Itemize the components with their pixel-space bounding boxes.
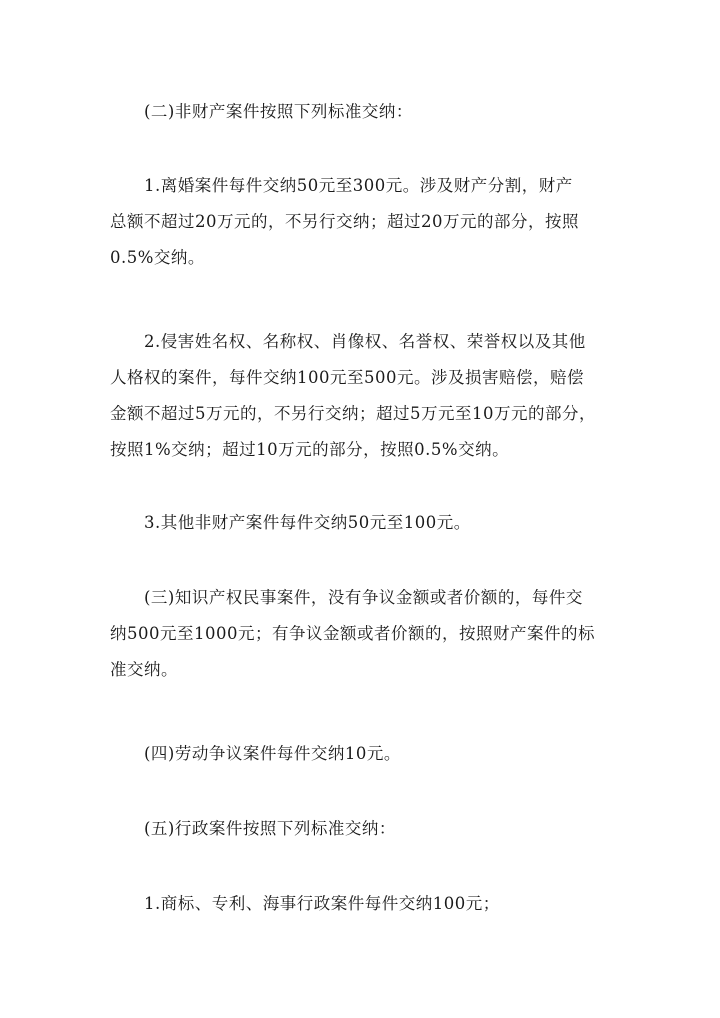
text-line: 3.其他非财产案件每件交纳50元至100元。 <box>110 505 610 541</box>
text-line: (二)非财产案件按照下列标准交纳： <box>110 94 610 130</box>
text-line: 金额不超过5万元的，不另行交纳；超过5万元至10万元的部分， <box>110 396 610 432</box>
text-line: 人格权的案件，每件交纳100元至500元。涉及损害赔偿，赔偿 <box>110 360 610 396</box>
item-2-3: 3.其他非财产案件每件交纳50元至100元。 <box>110 505 610 541</box>
text-line: 1.离婚案件每件交纳50元至300元。涉及财产分割，财产 <box>110 168 610 204</box>
text-line: 按照1%交纳；超过10万元的部分，按照0.5%交纳。 <box>110 432 610 468</box>
section-4: (四)劳动争议案件每件交纳10元。 <box>110 736 610 772</box>
text-line: 2.侵害姓名权、名称权、肖像权、名誉权、荣誉权以及其他 <box>110 324 610 360</box>
item-2-1: 1.离婚案件每件交纳50元至300元。涉及财产分割，财产 总额不超过20万元的，… <box>110 168 610 276</box>
document-page: (二)非财产案件按照下列标准交纳： 1.离婚案件每件交纳50元至300元。涉及财… <box>0 0 720 1018</box>
text-line: (四)劳动争议案件每件交纳10元。 <box>110 736 610 772</box>
text-line: 1.商标、专利、海事行政案件每件交纳100元； <box>110 886 610 922</box>
item-2-2: 2.侵害姓名权、名称权、肖像权、名誉权、荣誉权以及其他 人格权的案件，每件交纳1… <box>110 324 610 468</box>
text-line: 0.5%交纳。 <box>110 240 610 276</box>
section-5-heading: (五)行政案件按照下列标准交纳： <box>110 811 610 847</box>
text-line: 纳500元至1000元；有争议金额或者价额的，按照财产案件的标 <box>110 616 610 652</box>
text-line: (三)知识产权民事案件，没有争议金额或者价额的，每件交 <box>110 580 610 616</box>
text-line: 准交纳。 <box>110 652 610 688</box>
text-line: 总额不超过20万元的，不另行交纳；超过20万元的部分，按照 <box>110 204 610 240</box>
item-5-1: 1.商标、专利、海事行政案件每件交纳100元； <box>110 886 610 922</box>
text-line: (五)行政案件按照下列标准交纳： <box>110 811 610 847</box>
section-2-heading: (二)非财产案件按照下列标准交纳： <box>110 94 610 130</box>
section-3: (三)知识产权民事案件，没有争议金额或者价额的，每件交 纳500元至1000元；… <box>110 580 610 688</box>
